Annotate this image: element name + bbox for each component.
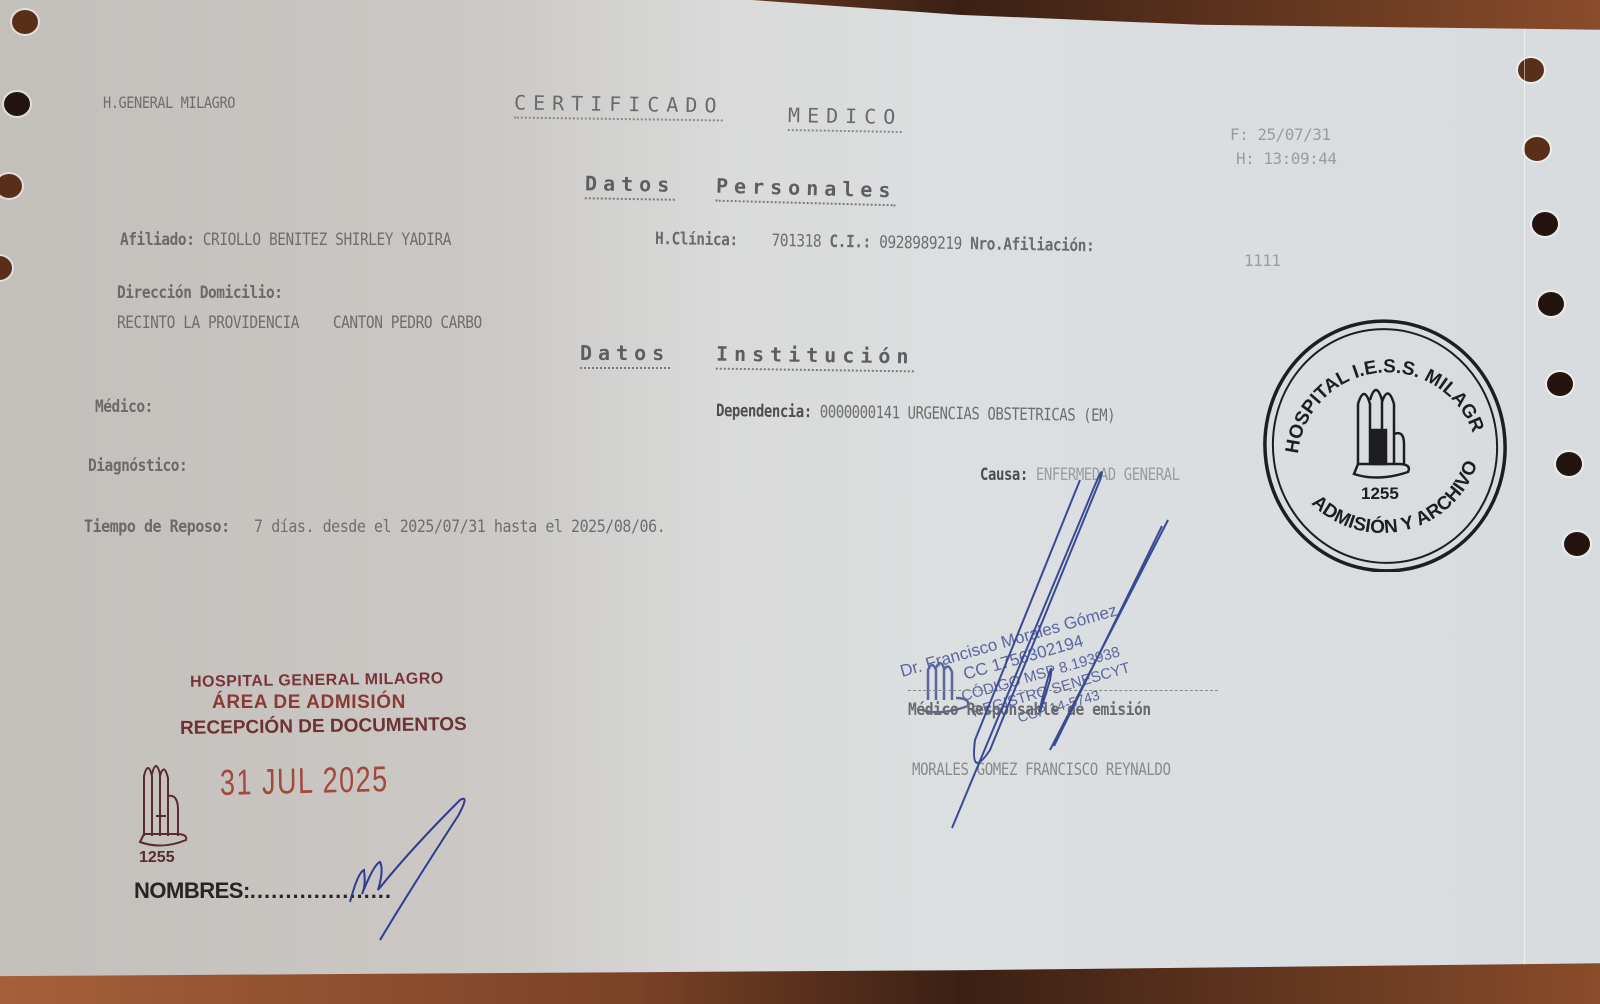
perforation-hole — [4, 92, 30, 116]
perforation-hole — [1547, 372, 1573, 396]
perforation-hole — [12, 10, 38, 34]
section-title-institucion-1: Datos — [580, 341, 670, 369]
ci-label: C.I.: — [829, 232, 871, 253]
dependencia-value: 0000000141 URGENCIAS OBSTETRICAS (EM) — [820, 402, 1116, 426]
section-title-institucion-2: Institución — [716, 342, 915, 373]
perforation-hole — [0, 256, 12, 280]
direccion-line-1: RECINTO LA PROVIDENCIA — [117, 313, 299, 333]
doctor-signature — [930, 450, 1190, 830]
reception-stamp-line3: RECEPCIÓN DE DOCUMENTOS — [180, 714, 467, 740]
hclinica-label: H.Clínica: — [655, 229, 738, 250]
nro-afiliacion-label: Nro.Afiliación: — [970, 234, 1094, 256]
print-time-label: H: — [1236, 149, 1254, 168]
nro-afiliacion-value: 1111 — [1244, 251, 1281, 270]
direccion-label: Dirección Domicilio: — [117, 283, 282, 303]
nombres-label: NOMBRES: — [134, 878, 250, 903]
ci-value: 0928989219 — [879, 233, 962, 254]
reception-year: 1255 — [139, 849, 175, 866]
dependencia-row: Dependencia: 0000000141 URGENCIAS OBSTET… — [716, 401, 1115, 426]
reception-hand-icon: 1255 — [136, 756, 192, 866]
receiver-signature — [340, 790, 480, 950]
iess-seal: HOSPITAL I.E.S.S. MILAGRO ADMISIÓN Y ARC… — [1258, 314, 1508, 572]
afiliado-label: Afiliado: — [120, 230, 194, 250]
seal-hand-icon — [1354, 390, 1409, 478]
certificate-paper: H.GENERAL MILAGRO CERTIFICADO MEDICO F: … — [0, 0, 1600, 990]
perforation-hole — [1564, 532, 1590, 556]
perforation-hole — [1538, 292, 1564, 316]
medico-label: Médico: — [95, 397, 153, 417]
reposo-label: Tiempo de Reposo: — [84, 517, 230, 537]
perforation-hole — [1532, 212, 1558, 236]
diagnostico-label: Diagnóstico: — [88, 456, 187, 476]
certificate-title-part1: CERTIFICADO — [514, 91, 724, 122]
afiliado-value: CRIOLLO BENITEZ SHIRLEY YADIRA — [203, 230, 451, 250]
perforation-hole — [1556, 452, 1582, 476]
direccion-line-2: CANTON PEDRO CARBO — [333, 313, 482, 333]
reposo-row: Tiempo de Reposo: 7 días. desde el 2025/… — [84, 517, 665, 537]
perforation-hole — [0, 174, 22, 198]
section-title-personal-2: Personales — [716, 174, 897, 207]
print-date-value: 25/07/31 — [1257, 125, 1330, 144]
print-time-value: 13:09:44 — [1263, 149, 1336, 168]
certificate-title-part2: MEDICO — [788, 103, 903, 133]
afiliado-row: Afiliado: CRIOLLO BENITEZ SHIRLEY YADIRA — [120, 230, 451, 250]
print-time: H: 13:09:44 — [1236, 149, 1336, 168]
direccion-value: RECINTO LA PROVIDENCIA CANTON PEDRO CARB… — [117, 313, 482, 333]
print-date: F: 25/07/31 — [1230, 125, 1330, 144]
section-title-personal-1: Datos — [585, 171, 676, 201]
hclinica-value: 701318 — [771, 231, 821, 252]
hospital-name: H.GENERAL MILAGRO — [103, 93, 235, 112]
reception-stamp-line2: ÁREA DE ADMISIÓN — [212, 692, 406, 714]
dependencia-label: Dependencia: — [716, 401, 812, 422]
reception-stamp-line1: HOSPITAL GENERAL MILAGRO — [190, 670, 444, 692]
seal-year: 1255 — [1361, 484, 1399, 503]
print-date-label: F: — [1230, 125, 1248, 144]
perforation-hole — [1518, 58, 1544, 82]
hclinica-row: H.Clínica: 701318 C.I.: 0928989219 Nro.A… — [655, 229, 1095, 256]
reposo-value: 7 días. desde el 2025/07/31 hasta el 202… — [254, 517, 665, 537]
perforation-hole — [1524, 137, 1550, 161]
